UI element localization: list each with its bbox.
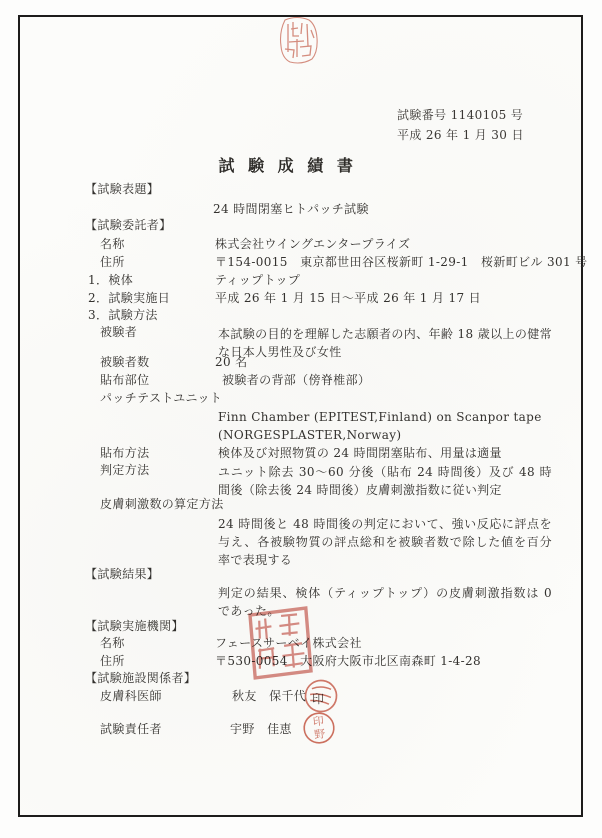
section-heading-institution: 【試験実施機関】 bbox=[85, 619, 184, 633]
consignor-name-label: 名称 bbox=[100, 237, 125, 251]
institution-address-label: 住所 bbox=[100, 654, 125, 668]
test-method-label: 3．試験方法 bbox=[88, 308, 158, 322]
section-heading-facility-personnel: 【試験施設関係者】 bbox=[85, 671, 196, 685]
consignor-address-value: 〒154-0015 東京都世田谷区桜新町 1-29-1 桜新町ビル 301 号 bbox=[215, 255, 588, 269]
judgement-method-label: 判定方法 bbox=[100, 463, 149, 477]
section-heading-results: 【試験結果】 bbox=[85, 567, 159, 581]
application-site-label: 貼布部位 bbox=[100, 373, 149, 387]
section-heading-test-title: 【試験表題】 bbox=[85, 182, 159, 196]
dermatologist-label: 皮膚科医師 bbox=[100, 689, 162, 703]
test-title-value: 24 時間閉塞ヒトパッチ試験 bbox=[213, 202, 369, 216]
subjects-value: 本試験の目的を理解した志願者の内、年齢 18 歳以上の健常な日本人男性及び女性 bbox=[218, 325, 552, 361]
consignor-name-value: 株式会社ウイングエンタープライズ bbox=[215, 237, 410, 251]
dermatologist-seal-mark: 印 bbox=[312, 690, 324, 707]
institution-name-value: フェースサーベイ株式会社 bbox=[215, 636, 362, 650]
responsible-person-name: 宇野 佳恵 bbox=[230, 722, 292, 736]
application-site-value: 被験者の背部（傍脊椎部） bbox=[222, 373, 370, 387]
results-value: 判定の結果、検体（ティップトップ）の皮膚刺激指数は 0 であった。 bbox=[218, 584, 552, 620]
patch-unit-label: パッチテストユニット bbox=[100, 391, 222, 405]
responsible-person-label: 試験責任者 bbox=[100, 722, 162, 736]
consignor-address-label: 住所 bbox=[100, 255, 125, 269]
section-heading-consignor: 【試験委託者】 bbox=[85, 218, 172, 232]
patch-unit-line1: Finn Chamber (EPITEST,Finland) on Scanpo… bbox=[218, 410, 542, 424]
patch-unit-line2: (NORGESPLASTER,Norway) bbox=[218, 428, 401, 442]
irritation-index-calc-label: 皮膚刺激数の算定方法 bbox=[100, 497, 224, 511]
scanned-test-report-page: 試験番号 1140105 号 平成 26 年 1 月 30 日 試験成績書 【試… bbox=[0, 0, 602, 838]
specimen-label: 1．検体 bbox=[88, 273, 133, 287]
judgement-method-value: ユニット除去 30～60 分後（貼布 24 時間後）及び 48 時間後（除去後 … bbox=[218, 463, 552, 499]
test-date-label: 2．試験実施日 bbox=[88, 291, 170, 305]
institution-name-label: 名称 bbox=[100, 636, 125, 650]
test-date-value: 平成 26 年 1 月 15 日～平成 26 年 1 月 17 日 bbox=[215, 291, 481, 305]
subject-count-value: 20 名 bbox=[215, 355, 248, 369]
test-number: 試験番号 1140105 号 bbox=[397, 108, 523, 122]
institution-address-value: 〒530-0054 大阪府大阪市北区南森町 1-4-28 bbox=[215, 654, 481, 668]
issue-date: 平成 26 年 1 月 30 日 bbox=[397, 128, 524, 142]
application-method-value: 検体及び対照物質の 24 時間閉塞貼布、用量は適量 bbox=[218, 446, 502, 460]
subjects-label: 被験者 bbox=[100, 325, 137, 339]
specimen-value: ティップトップ bbox=[215, 273, 300, 287]
application-method-label: 貼布方法 bbox=[100, 446, 149, 460]
irritation-index-calc-value: 24 時間後と 48 時間後の判定において、強い反応に評点を与え、各被験物質の評… bbox=[218, 515, 552, 570]
document-title: 試験成績書 bbox=[10, 153, 575, 176]
subject-count-label: 被験者数 bbox=[100, 355, 149, 369]
dermatologist-name: 秋友 保千代 bbox=[232, 689, 306, 703]
